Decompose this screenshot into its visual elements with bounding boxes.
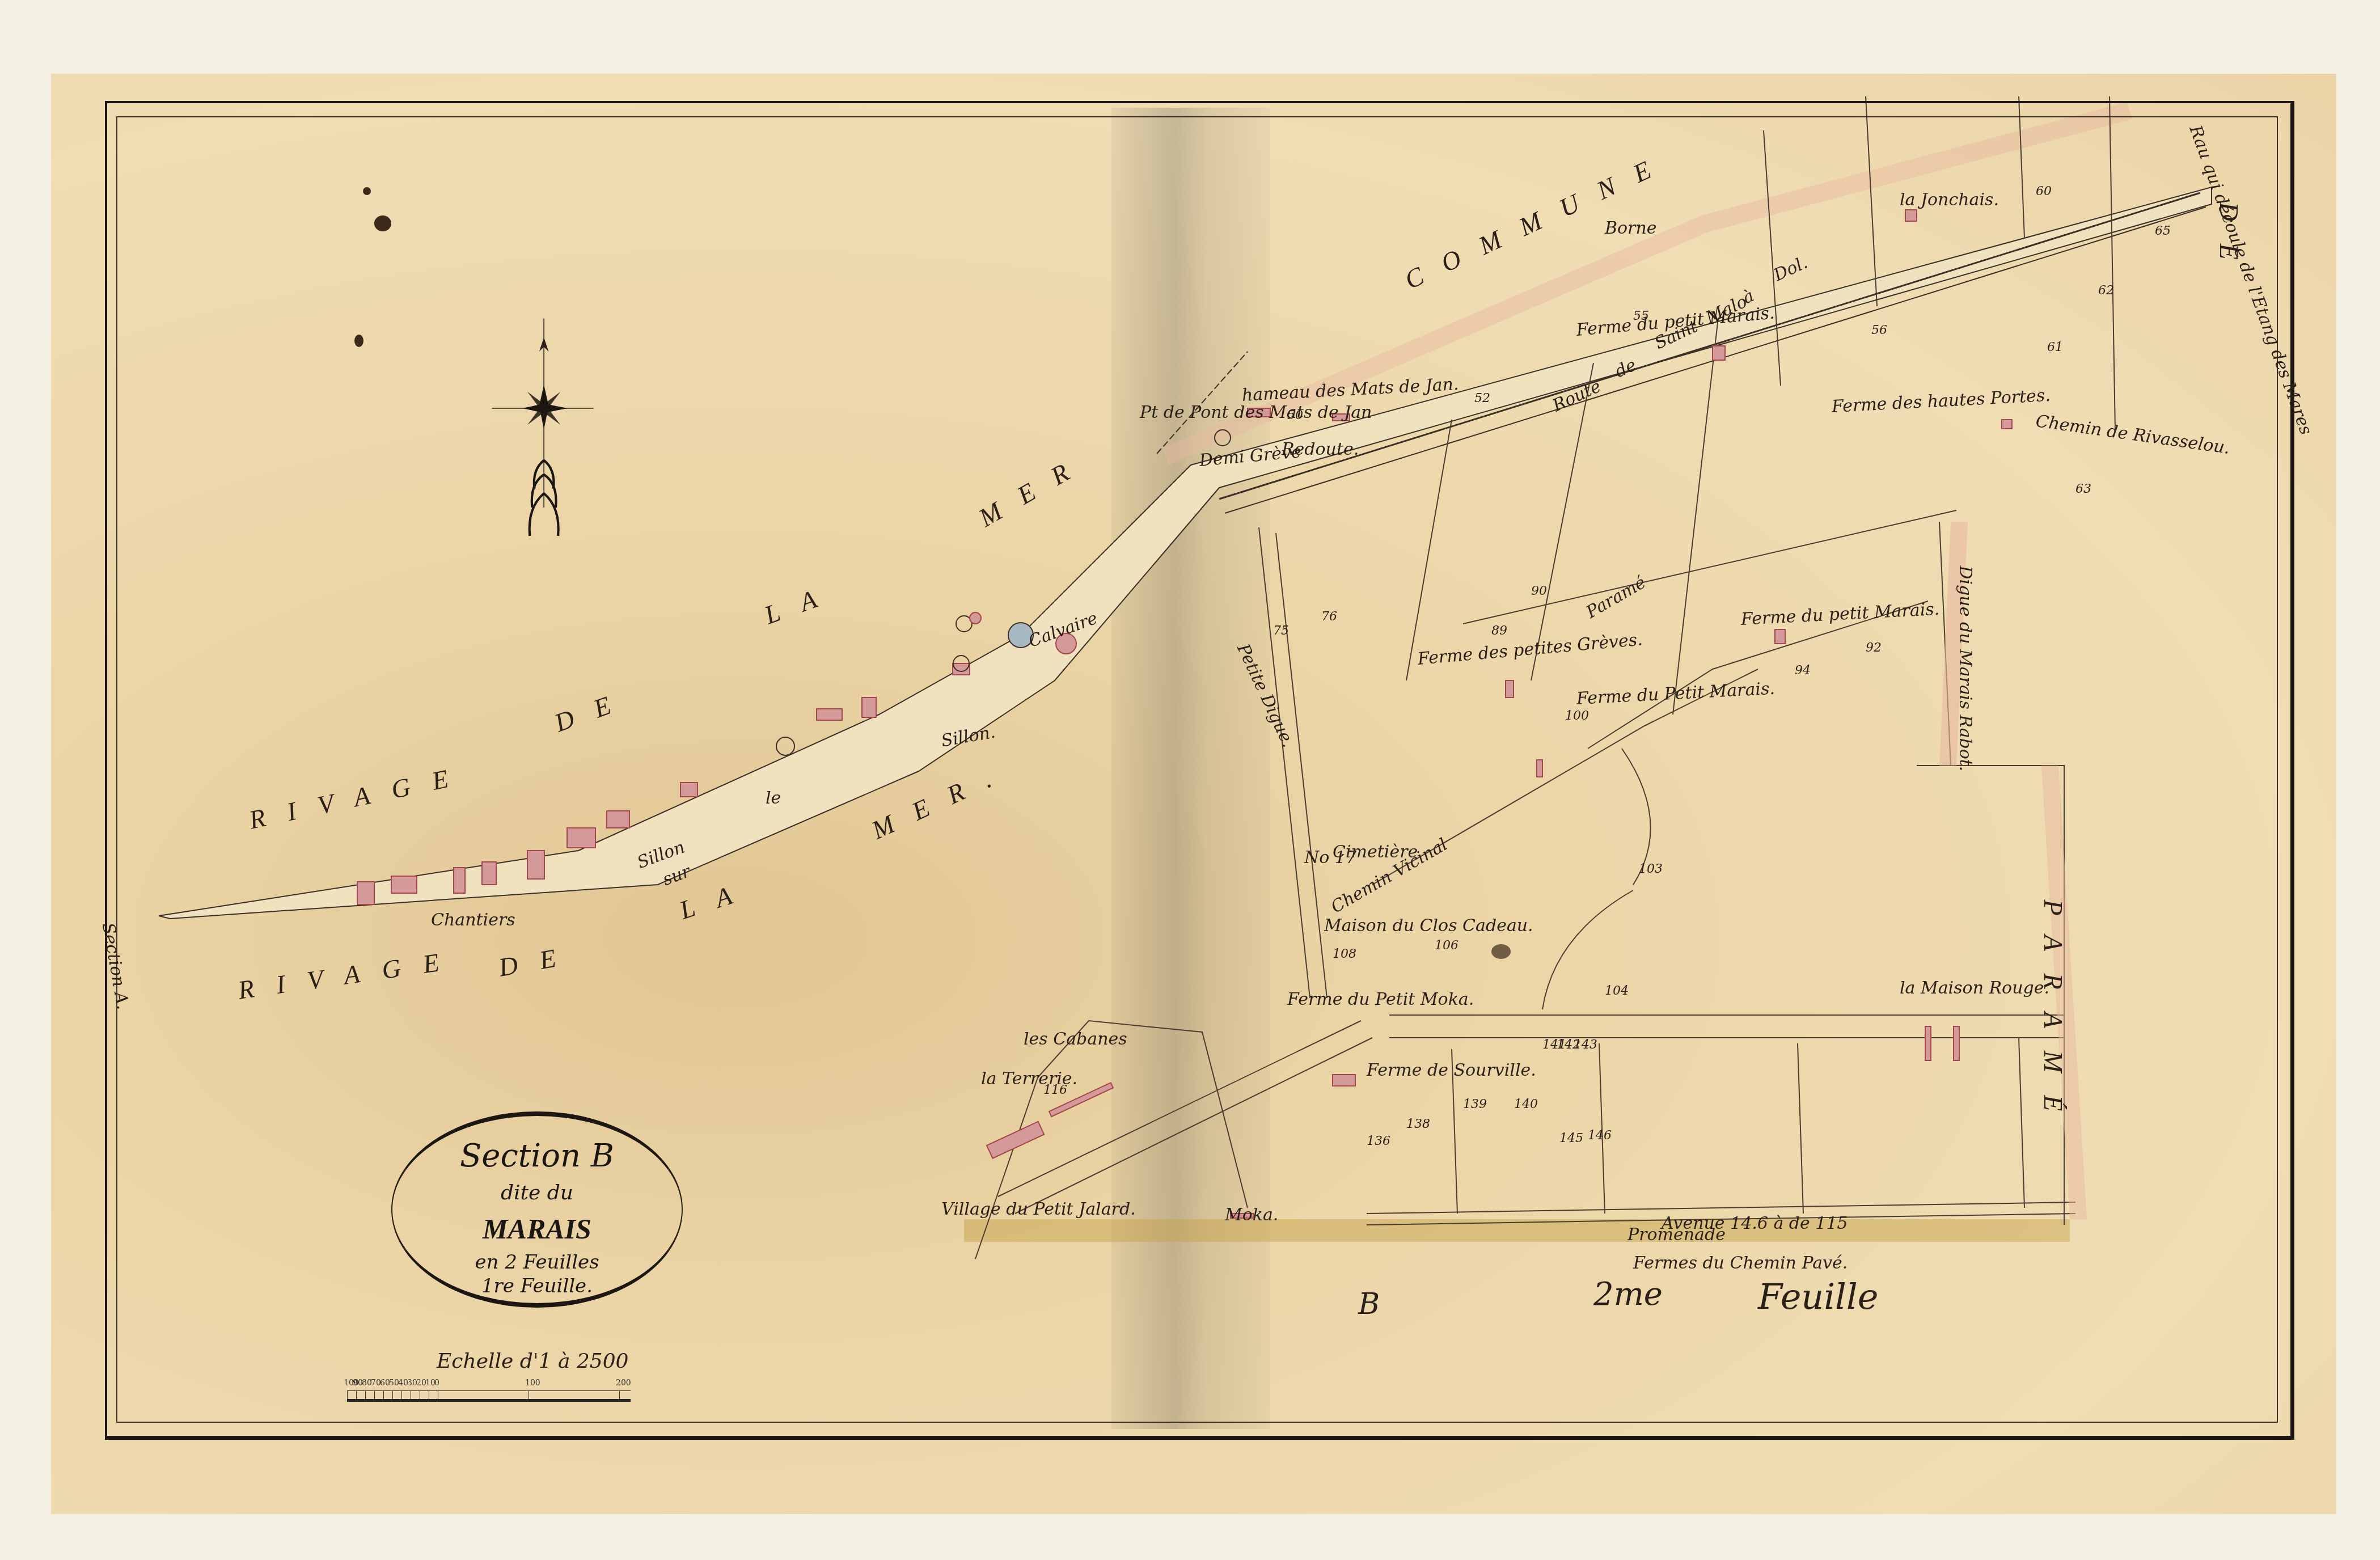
- compass-rose-icon: [471, 295, 612, 578]
- cartouche-dite-du: dite du: [392, 1181, 682, 1204]
- cartouche-feuille-number: 1re Feuille.: [392, 1275, 682, 1297]
- parcel-number: 139: [1463, 1097, 1487, 1111]
- place-label-digue-marais-rabot: Digue du Marais Rabot.: [1955, 566, 1975, 772]
- parcel-number: 75: [1273, 624, 1289, 638]
- scale-tick: [374, 1391, 375, 1399]
- parcel-number: 116: [1043, 1083, 1067, 1097]
- parcel-number: 62: [2098, 284, 2114, 298]
- parcel-number: 89: [1491, 624, 1507, 638]
- scale-tick: [356, 1391, 357, 1399]
- parcel-number: 108: [1333, 947, 1356, 961]
- place-label-le: le: [766, 788, 781, 808]
- parcel-number: 50: [1287, 408, 1303, 422]
- place-label-la-jonchais: la Jonchais.: [1900, 190, 1999, 210]
- place-label-village-petit-jalard: Village du Petit Jalard.: [941, 1199, 1136, 1219]
- parcel-number: 60: [2036, 184, 2052, 198]
- scale-tick: [420, 1391, 420, 1399]
- place-label-maison-clos-cadeau: Maison du Clos Cadeau.: [1324, 916, 1533, 936]
- parcel-number: 100: [1565, 709, 1589, 723]
- place-label-ferme-petit-moka: Ferme du Petit Moka.: [1287, 990, 1474, 1009]
- parcel-number: 90: [1531, 584, 1547, 598]
- parcel-number: 76: [1321, 610, 1337, 624]
- parcel-number: 106: [1435, 938, 1459, 953]
- scale-tick-label: 0: [434, 1379, 439, 1388]
- place-label-pont-mats-jan: Pt de Pont des Mats de Jan: [1140, 403, 1372, 422]
- parcel-number: 55: [1633, 309, 1649, 323]
- label-sheet2-num: 2me: [1593, 1276, 1663, 1313]
- scale-tick: [347, 1391, 348, 1399]
- ink-blot: [354, 335, 363, 347]
- parcel-number: 143: [1574, 1038, 1597, 1052]
- place-label-ferme-sourville: Ferme de Sourville.: [1367, 1060, 1536, 1080]
- scale-tick: [365, 1391, 366, 1399]
- scale-tick: [411, 1391, 411, 1399]
- cartouche-feuilles: en 2 Feuilles: [392, 1251, 682, 1274]
- scale-tick: [529, 1391, 529, 1399]
- place-label-promenade: Promenade: [1627, 1225, 1726, 1245]
- parcel-number: 63: [2075, 482, 2091, 496]
- parcel-number: 61: [2047, 340, 2063, 354]
- place-label-redoute: Redoute.: [1282, 439, 1359, 459]
- scale-tick: [429, 1391, 429, 1399]
- label-sheet2-feuille: Feuille: [1758, 1276, 1878, 1317]
- ink-blot: [374, 215, 391, 231]
- scale-tick: [401, 1391, 402, 1399]
- place-label-les-cabanes: les Cabanes: [1024, 1029, 1127, 1049]
- parcel-number: 138: [1406, 1117, 1430, 1131]
- scale-label: Echelle d'1 à 2500: [437, 1350, 629, 1373]
- parcel-number: 103: [1639, 862, 1663, 876]
- label-parame: PARAMÉ: [2038, 900, 2068, 1134]
- place-label-moka: Moka.: [1225, 1205, 1278, 1225]
- parcel-number: 140: [1514, 1097, 1538, 1111]
- scale-bar: 1009080706050403020100100200: [347, 1390, 631, 1402]
- scale-tick: [619, 1391, 620, 1399]
- parcel-number: 146: [1588, 1128, 1612, 1143]
- scale-tick-label: 200: [616, 1379, 631, 1388]
- scale-tick: [438, 1391, 438, 1399]
- parcel-number: 92: [1866, 641, 1882, 655]
- parcel-number: 65: [2155, 224, 2171, 238]
- parcel-number: 136: [1367, 1134, 1390, 1148]
- label-sheet2-b: B: [1358, 1287, 1380, 1321]
- parcel-number: 52: [1474, 391, 1490, 405]
- place-label-fermes-chemin-pave: Fermes du Chemin Pavé.: [1633, 1253, 1848, 1273]
- place-label-borne: Borne: [1605, 218, 1657, 238]
- ink-blot: [363, 187, 371, 195]
- parcel-number: 56: [1871, 323, 1887, 337]
- scale-tick: [392, 1391, 393, 1399]
- parcel-number: 104: [1605, 984, 1629, 998]
- cartouche-marais: MARAIS: [392, 1212, 682, 1245]
- place-label-la-maison-rouge: la Maison Rouge.: [1900, 978, 2049, 998]
- scale-tick: [383, 1391, 384, 1399]
- place-label-chantiers: Chantiers: [431, 910, 515, 930]
- ink-blot: [1491, 944, 1511, 959]
- parcel-number: 145: [1559, 1131, 1583, 1145]
- place-label-no17: No 17: [1304, 848, 1356, 868]
- cartouche-section: Section B: [392, 1138, 682, 1174]
- parcel-number: 94: [1795, 663, 1811, 678]
- title-cartouche: Section B dite du MARAIS en 2 Feuilles 1…: [391, 1111, 683, 1308]
- scale-tick-label: 100: [525, 1379, 540, 1388]
